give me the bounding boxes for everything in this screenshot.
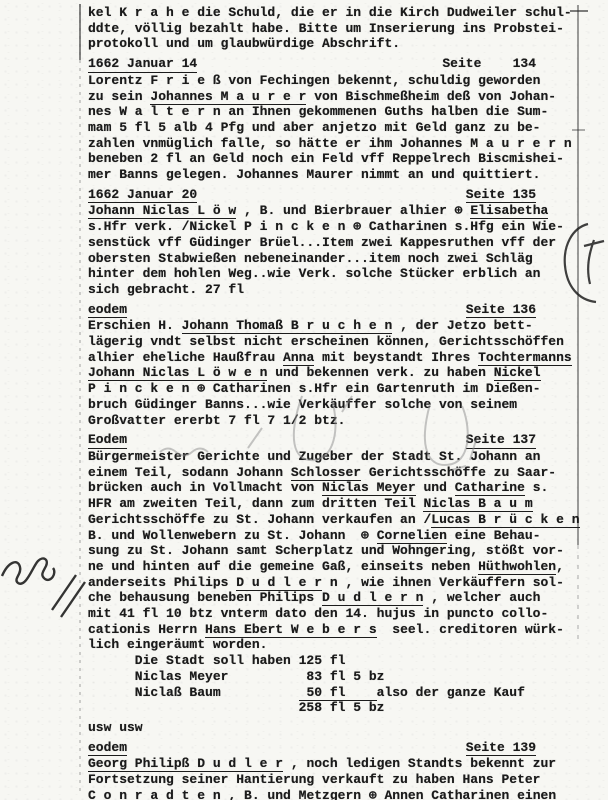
text-run: usw usw (88, 720, 143, 735)
text-run: cationis Herrn (88, 622, 205, 637)
text-run: , welcher auch (423, 590, 540, 605)
text-line: Die Stadt soll haben 125 fl (88, 653, 582, 669)
text-run: hinter dem hohlen Weg..wie Verk. solche … (88, 266, 540, 281)
text-line: hinter dem hohlen Weg..wie Verk. solche … (88, 266, 582, 282)
text-run: brücken auch in Vollmacht von (88, 480, 322, 495)
text-line: Lorentz F r i e ß von Fechingen bekennt,… (88, 73, 582, 89)
entry-header: eodemSeite 139 (88, 740, 582, 757)
text-run: Lorentz F r i e ß von Fechingen bekennt,… (88, 73, 540, 88)
margin-slash-1 (52, 575, 76, 610)
text-line: cationis Herrn Hans Ebert W e b e r s se… (88, 622, 582, 638)
text-line: Großvatter ererbt 7 fl 7 1/2 btz. (88, 413, 582, 429)
text-run: zu sein (88, 89, 150, 104)
text-line: beneben 2 fl an Geld noch ein Feld vff R… (88, 151, 582, 167)
text-line: lägerig vndt selbst nicht erscheinen kön… (88, 334, 582, 350)
text-line: mer Banns gelegen. Johannes Maurer nimmt… (88, 167, 582, 183)
text-run: , noch ledigen Standts bekennt zur (283, 756, 556, 771)
text-line: obersten Stabwießen nebeneinander...item… (88, 251, 582, 267)
text-line: mit 41 fl 10 btz vnterm dato den 14. huj… (88, 606, 582, 622)
underlined-text-run: Johann Niclas L ö w (88, 203, 236, 219)
text-run: einem Teil, sodann Johann (88, 465, 291, 480)
text-run: s.Hfr verk. /Nickel P i n c k e n ⊕ Cath… (88, 219, 564, 234)
text-run: mam 5 fl 5 alb 4 Pfg und aber anjetzo mi… (88, 120, 540, 135)
text-run: und (416, 480, 455, 495)
underlined-text-run: Johannes M a u r e r (150, 89, 306, 105)
text-line: P i n c k e n ⊕ Catharinen s.Hfr ein Gar… (88, 381, 582, 397)
text-run: Niclas Meyer 83 fl 5 bz (88, 669, 384, 684)
text-run: Erschien H. (88, 318, 182, 333)
page-reference: Seite 139 (466, 740, 536, 757)
text-run: alhier eheliche Haußfrau (88, 350, 283, 365)
text-run: von Bischmeßheim deß von Johan- (306, 89, 556, 104)
underlined-text-run: Hans Ebert W e b e r s (205, 622, 377, 638)
text-line: anderseits Philips D u d l e r n , wie i… (88, 575, 582, 591)
text-run: sung zu St. Johann samt Scherplatz und W… (88, 543, 564, 558)
entry-date: Eodem (88, 432, 127, 449)
scanned-document-page: kel K r a h e die Schuld, die er in die … (0, 0, 608, 800)
text-run: Gerichtsschöffe zu Saar- (361, 465, 556, 480)
entry-date: 1662 Januar 14 (88, 56, 197, 73)
text-run: , (556, 559, 564, 574)
underlined-text-run: D u d l e r (236, 575, 322, 591)
underlined-text-run: Niclas B a u m (423, 496, 532, 512)
text-run: Fortsetzung seiner Hantierung verkauft z… (88, 772, 540, 787)
entry-date: 1662 Januar 20 (88, 187, 197, 204)
text-run: zahlen vnmüglich falle, so hätte er ihm … (88, 136, 572, 151)
text-run: Bürgermeister Gerichte und Zugeber der S… (88, 449, 540, 464)
text-run: mer Banns gelegen. Johannes Maurer nimmt… (88, 167, 540, 182)
text-run: che behausung beneben Philips (88, 590, 322, 605)
text-line: sich gebracht. 27 fl (88, 282, 582, 298)
text-run: Gerichtsschöffe zu St. Johann verkaufen … (88, 512, 431, 527)
text-line: usw usw (88, 720, 582, 736)
text-run: obersten Stabwießen nebeneinander...item… (88, 251, 533, 266)
entry-header: EodemSeite 137 (88, 432, 582, 449)
underlined-text-run: C o n r a d t e n (88, 788, 221, 800)
text-run: , der Jetzo bett- (392, 318, 532, 333)
underlined-text-run: Elisabetha (470, 203, 548, 219)
entry-header: 1662 Januar 14Seite 134 (88, 56, 582, 73)
text-run: protokoll und um glaubwürdige Abschrift. (88, 36, 400, 51)
text-line: mam 5 fl 5 alb 4 Pfg und aber anjetzo mi… (88, 120, 582, 136)
text-run: senstück vff Güdinger Brüel...Item zwei … (88, 235, 556, 250)
text-run: ddte, völlig bezahlt habe. Bitte um Inse… (88, 21, 564, 36)
underlined-text-run: Annen Catharinen (384, 788, 509, 800)
underlined-text-run: Lucas B r ü c k e n (431, 512, 579, 528)
text-run: , B. und Bierbrauer alhier ⊕ (236, 203, 470, 218)
text-run: nes W a l t e r n an Ihnen gekommenen Gu… (88, 104, 548, 119)
text-line: senstück vff Güdinger Brüel...Item zwei … (88, 235, 582, 251)
text-line: alhier eheliche Haußfrau Anna mit beysta… (88, 350, 582, 366)
text-line: sung zu St. Johann samt Scherplatz und W… (88, 543, 582, 559)
underlined-text-run: Johann Thomaß B r u c h e n (182, 318, 393, 334)
underlined-text-run: Schlosser (291, 465, 361, 481)
text-run: 258 fl 5 bz (88, 700, 384, 715)
text-run: , B. und Metzgern ⊕ (221, 788, 385, 800)
text-line: lich eingeräumt worden. (88, 637, 582, 653)
text-line: ne und hinten auf die gemeine Gaß, einse… (88, 559, 582, 575)
entry-header: eodemSeite 136 (88, 302, 582, 319)
underlined-text-run: Hüthwohlen (478, 559, 556, 575)
text-run: s. (525, 480, 548, 495)
text-line: B. und Wollenwebern zu St. Johann ⊕ Corn… (88, 528, 582, 544)
text-run: sich gebracht. 27 fl (88, 282, 244, 297)
text-run: lägerig vndt selbst nicht erscheinen kön… (88, 334, 564, 349)
entry-block: eodemSeite 139Georg Philipß D u d l e r … (88, 740, 582, 800)
underlined-text-run: Catharine (455, 480, 525, 496)
page-reference: Seite 137 (466, 432, 536, 449)
text-run: Niclaß Baum (88, 685, 299, 700)
text-line: Niclas Meyer 83 fl 5 bz (88, 669, 582, 685)
text-run: lich eingeräumt worden. (88, 637, 267, 652)
entry-block: 1662 Januar 20Seite 135Johann Niclas L ö… (88, 187, 582, 298)
underlined-text-run: D u d l e r n (322, 590, 423, 606)
margin-slash-2 (61, 582, 85, 617)
text-line: zu sein Johannes M a u r e r von Bischme… (88, 89, 582, 105)
entry-block: EodemSeite 137Bürgermeister Gerichte und… (88, 432, 582, 716)
underlined-text-run: Cornelien (377, 528, 447, 544)
text-run: n , wie ihnen Verkäuffern sol- (322, 575, 564, 590)
text-line: ddte, völlig bezahlt habe. Bitte um Inse… (88, 21, 582, 37)
text-line: Johann Niclas L ö w , B. und Bierbrauer … (88, 203, 582, 219)
entry-block: eodemSeite 136Erschien H. Johann Thomaß … (88, 302, 582, 429)
text-run: eine Behau- (447, 528, 541, 543)
text-line: kel K r a h e die Schuld, die er in die … (88, 5, 582, 21)
text-run: ne und hinten auf die gemeine Gaß, einse… (88, 559, 478, 574)
entry-date: eodem (88, 302, 127, 319)
text-line: Fortsetzung seiner Hantierung verkauft z… (88, 772, 582, 788)
text-run: mit beystandt Ihres (314, 350, 478, 365)
text-line: nes W a l t e r n an Ihnen gekommenen Gu… (88, 104, 582, 120)
text-run: also der ganze Kauf (377, 685, 525, 700)
text-line: HFR am zweiten Teil, dann zum dritten Te… (88, 496, 582, 512)
text-run: kel K r a h e die Schuld, die er in die … (88, 5, 572, 20)
text-run: Die Stadt soll haben 125 fl (88, 653, 345, 668)
entry-header: 1662 Januar 20Seite 135 (88, 187, 582, 204)
underlined-text-run: Johann Niclas L ö w e n (88, 365, 267, 381)
text-line: Georg Philipß D u d l e r , noch ledigen… (88, 756, 582, 772)
underlined-text-run: Tochtermanns (478, 350, 572, 366)
text-run: Großvatter ererbt 7 fl 7 1/2 btz. (88, 413, 345, 428)
text-line: che behausung beneben Philips D u d l e … (88, 590, 582, 606)
text-run: einen (509, 788, 556, 800)
underlined-text-run: Nickel (494, 365, 541, 381)
text-line: einem Teil, sodann Johann Schlosser Geri… (88, 465, 582, 481)
paragraph-block: usw usw (88, 720, 582, 736)
text-run: P i n c k e n ⊕ Catharinen s.Hfr ein Gar… (88, 381, 541, 396)
entry-block: 1662 Januar 14Seite 134Lorentz F r i e ß… (88, 56, 582, 183)
text-line: zahlen vnmüglich falle, so hätte er ihm … (88, 136, 582, 152)
text-run: mit 41 fl 10 btz vnterm dato den 14. huj… (88, 606, 548, 621)
text-line: Bürgermeister Gerichte und Zugeber der S… (88, 449, 582, 465)
text-line: C o n r a d t e n , B. und Metzgern ⊕ An… (88, 788, 582, 800)
entry-date: eodem (88, 740, 127, 757)
text-run: seel. creditoren würk- (377, 622, 564, 637)
text-run: anderseits Philips (88, 575, 236, 590)
text-line: protokoll und um glaubwürdige Abschrift. (88, 36, 582, 52)
handwritten-scribble (2, 559, 85, 617)
text-line: Niclaß Baum 50 fl also der ganze Kauf (88, 685, 582, 701)
page-reference: Seite 134 (442, 56, 536, 73)
text-run: B. und Wollenwebern zu St. Johann ⊕ (88, 528, 377, 543)
page-reference: Seite 136 (466, 302, 536, 319)
text-line: brücken auch in Vollmacht von Niclas Mey… (88, 480, 582, 496)
text-line: Gerichtsschöffe zu St. Johann verkaufen … (88, 512, 582, 528)
document-body: kel K r a h e die Schuld, die er in die … (88, 5, 582, 800)
underlined-text-run: Niclas Meyer (322, 480, 416, 496)
text-run: bruch Güdinger Banns...wie Verkäuffer so… (88, 397, 517, 412)
underlined-text-run: 50 fl (299, 685, 377, 701)
text-run: und bekennen verk. zu haben (267, 365, 493, 380)
page-reference: Seite 135 (466, 187, 536, 204)
text-run: beneben 2 fl an Geld noch ein Feld vff R… (88, 151, 564, 166)
text-line: Johann Niclas L ö w e n und bekennen ver… (88, 365, 582, 381)
paragraph-block: kel K r a h e die Schuld, die er in die … (88, 5, 582, 52)
underlined-text-run: Anna (283, 350, 314, 366)
text-line: Erschien H. Johann Thomaß B r u c h e n … (88, 318, 582, 334)
text-line: 258 fl 5 bz (88, 700, 582, 716)
text-line: s.Hfr verk. /Nickel P i n c k e n ⊕ Cath… (88, 219, 582, 235)
text-line: bruch Güdinger Banns...wie Verkäuffer so… (88, 397, 582, 413)
underlined-text-run: Georg Philipß D u d l e r (88, 756, 283, 772)
text-run: HFR am zweiten Teil, dann zum dritten Te… (88, 496, 423, 511)
